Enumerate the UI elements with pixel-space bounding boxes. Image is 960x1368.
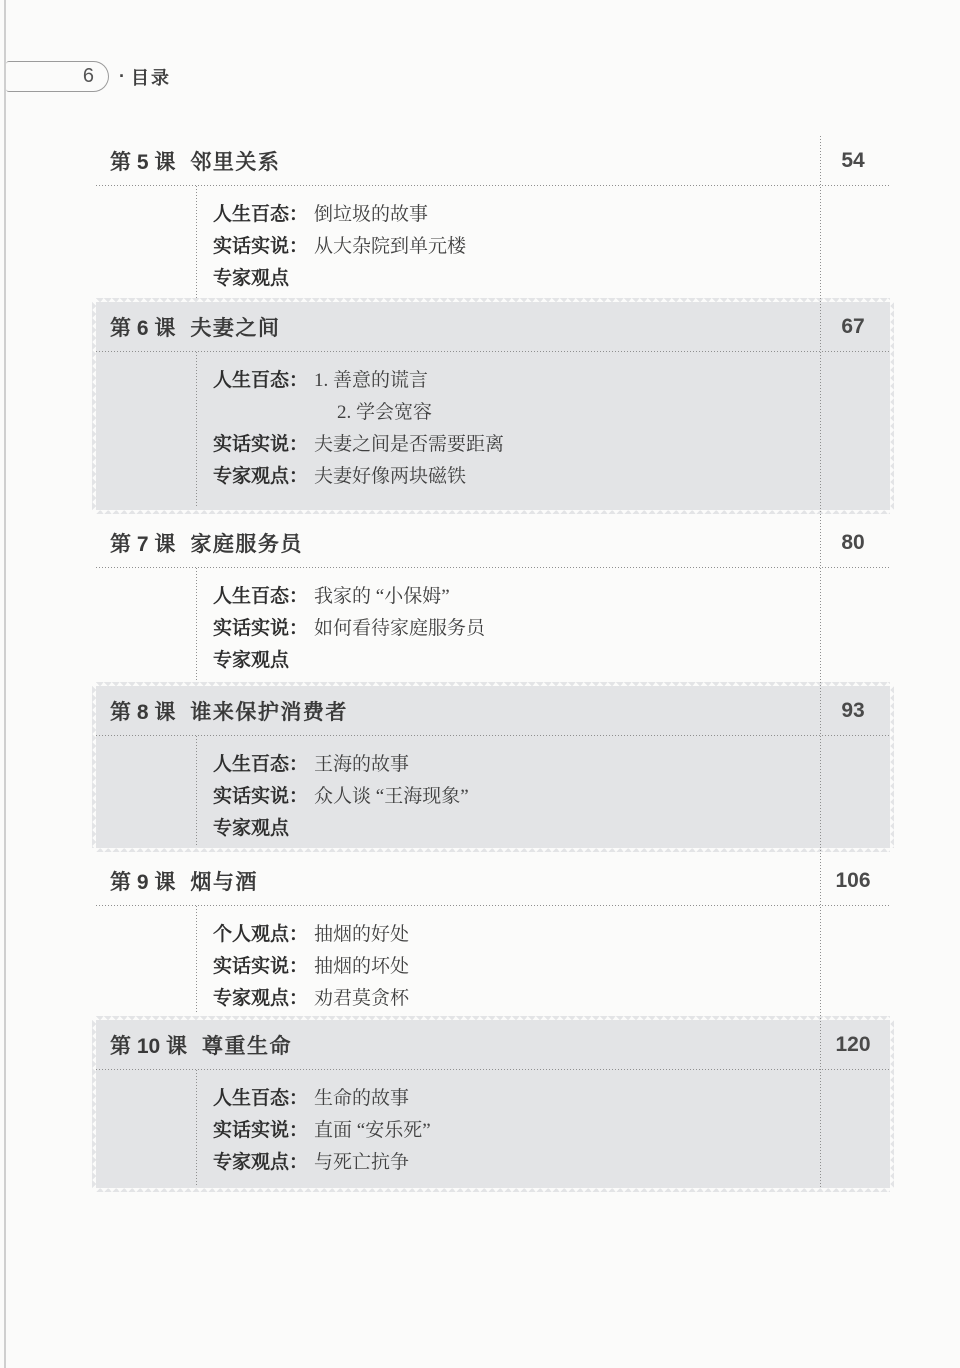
toc-item: 人生百态： 倒垃圾的故事 [213,199,890,231]
page-number-column-rule [820,136,821,1188]
toc-item: 专家观点： 劝君莫贪杯 [213,983,890,1015]
lesson-title-row: 第 9 课 烟与酒 106 [96,856,890,906]
toc-item-list: 个人观点： 抽烟的好处 实话实说： 抽烟的坏处 专家观点： 劝君莫贪杯 [197,906,890,1016]
toc-item: 专家观点 [213,263,890,295]
lesson-content: 人生百态： 生命的故事 实话实说： 直面 “安乐死” 专家观点： 与死亡抗争 [96,1070,890,1188]
toc-item-value: 与死亡抗争 [314,1147,409,1179]
toc-item: 人生百态： 王海的故事 [213,749,890,781]
toc-item-list: 人生百态： 1. 善意的谎言 2. 学会宽容 实话实说： 夫妻之间是否需要距离 … [197,352,890,510]
lesson-block-9: 第 9 课 烟与酒 106 个人观点： 抽烟的好处 实话实说： 抽烟的坏处 专家… [96,856,890,1016]
toc-item-value: 夫妻之间是否需要距离 [314,429,504,461]
toc-item-label: 实话实说： [213,613,308,645]
lesson-content: 人生百态： 王海的故事 实话实说： 众人谈 “王海现象” 专家观点 [96,736,890,848]
toc-item-value: 1. 善意的谎言 2. 学会宽容 [314,365,432,429]
content-indent-rule [96,352,197,510]
header-separator-dot: · [119,66,125,87]
lesson-page-number: 106 [820,856,886,906]
lesson-number: 第 5 课 [110,146,175,176]
toc-item: 专家观点： 与死亡抗争 [213,1147,890,1179]
lesson-title: 烟与酒 [190,866,258,896]
toc-item: 实话实说： 直面 “安乐死” [213,1115,890,1147]
stamp-edge-bottom [96,510,890,514]
toc-item-label: 专家观点： [213,983,308,1015]
stamp-edge-right [890,686,894,848]
stamp-edge-bottom [96,1188,890,1192]
lesson-block-8: 第 8 课 谁来保护消费者 93 人生百态： 王海的故事 实话实说： 众人谈 “… [96,686,890,848]
toc-item-label: 实话实说： [213,951,308,983]
content-indent-rule [96,1070,197,1188]
lesson-block-6: 第 6 课 夫妻之间 67 人生百态： 1. 善意的谎言 2. 学会宽容 实话实… [96,302,890,510]
lesson-title: 家庭服务员 [190,528,303,558]
toc-item: 专家观点： 夫妻好像两块磁铁 [213,461,890,493]
toc-item: 人生百态： 1. 善意的谎言 2. 学会宽容 [213,365,890,429]
lesson-title-row: 第 10 课 尊重生命 120 [96,1020,890,1070]
toc-item-label: 人生百态： [213,749,308,781]
toc-item: 个人观点： 抽烟的好处 [213,919,890,951]
lesson-page-number: 80 [820,518,886,568]
toc-item: 实话实说： 夫妻之间是否需要距离 [213,429,890,461]
toc-item-list: 人生百态： 生命的故事 实话实说： 直面 “安乐死” 专家观点： 与死亡抗争 [197,1070,890,1188]
toc-item: 专家观点 [213,813,890,845]
content-indent-rule [96,736,197,848]
lesson-content: 人生百态： 倒垃圾的故事 实话实说： 从大杂院到单元楼 专家观点 [96,186,890,302]
lesson-number: 第 7 课 [110,528,175,558]
lesson-title-row: 第 8 课 谁来保护消费者 93 [96,686,890,736]
page-binding-edge [4,0,6,1368]
toc-item-value: 如何看待家庭服务员 [314,613,485,645]
toc-item-label: 人生百态： [213,365,308,429]
toc-item: 实话实说： 众人谈 “王海现象” [213,781,890,813]
lesson-page-number: 67 [820,302,886,352]
toc-item-label: 实话实说： [213,231,308,263]
lesson-page-number: 93 [820,686,886,736]
toc-item-value: 直面 “安乐死” [314,1115,431,1147]
lesson-title: 邻里关系 [190,146,280,176]
content-indent-rule [96,906,197,1016]
toc-item-label: 实话实说： [213,781,308,813]
lesson-number: 第 6 课 [110,312,175,342]
toc-item: 实话实说： 从大杂院到单元楼 [213,231,890,263]
lesson-page-number: 120 [820,1020,886,1070]
stamp-edge-bottom [96,848,890,852]
toc-item-value: 生命的故事 [314,1083,409,1115]
toc-item-label: 人生百态： [213,581,308,613]
toc-item-label: 实话实说： [213,1115,308,1147]
toc-item-label: 人生百态： [213,1083,308,1115]
lesson-title-row: 第 7 课 家庭服务员 80 [96,518,890,568]
toc-item-label: 专家观点 [213,263,289,295]
toc-item-value: 抽烟的坏处 [314,951,409,983]
content-indent-rule [96,568,197,686]
lesson-block-7: 第 7 课 家庭服务员 80 人生百态： 我家的 “小保姆” 实话实说： 如何看… [96,518,890,686]
lesson-title: 夫妻之间 [190,312,280,342]
lesson-block-5: 第 5 课 邻里关系 54 人生百态： 倒垃圾的故事 实话实说： 从大杂院到单元… [96,136,890,302]
toc-item: 人生百态： 我家的 “小保姆” [213,581,890,613]
lesson-title-row: 第 6 课 夫妻之间 67 [96,302,890,352]
toc-item-label: 实话实说： [213,429,308,461]
toc-item-value: 倒垃圾的故事 [314,199,428,231]
toc-item: 专家观点 [213,645,890,677]
toc-item-list: 人生百态： 我家的 “小保姆” 实话实说： 如何看待家庭服务员 专家观点 [197,568,890,686]
toc-item-list: 人生百态： 王海的故事 实话实说： 众人谈 “王海现象” 专家观点 [197,736,890,848]
lesson-number: 第 8 课 [110,696,175,726]
lesson-content: 人生百态： 1. 善意的谎言 2. 学会宽容 实话实说： 夫妻之间是否需要距离 … [96,352,890,510]
lesson-content: 个人观点： 抽烟的好处 实话实说： 抽烟的坏处 专家观点： 劝君莫贪杯 [96,906,890,1016]
lesson-title-row: 第 5 课 邻里关系 54 [96,136,890,186]
stamp-edge-right [890,1020,894,1188]
toc-item-value: 众人谈 “王海现象” [314,781,469,813]
toc-item-value: 抽烟的好处 [314,919,409,951]
lesson-content: 人生百态： 我家的 “小保姆” 实话实说： 如何看待家庭服务员 专家观点 [96,568,890,686]
lesson-title: 谁来保护消费者 [190,696,348,726]
lesson-number: 第 10 课 [110,1030,187,1060]
lesson-page-number: 54 [820,136,886,186]
page-number-badge: 6 [6,61,109,92]
toc-item-value: 我家的 “小保姆” [314,581,450,613]
toc-item-list: 人生百态： 倒垃圾的故事 实话实说： 从大杂院到单元楼 专家观点 [197,186,890,302]
content-indent-rule [96,186,197,302]
toc-item-label: 个人观点： [213,919,308,951]
page-header: 6 · 目录 [6,61,171,92]
page-number: 6 [83,65,94,88]
toc-item: 实话实说： 抽烟的坏处 [213,951,890,983]
toc-item: 人生百态： 生命的故事 [213,1083,890,1115]
toc-item-label: 专家观点： [213,461,308,493]
toc-item-label: 人生百态： [213,199,308,231]
toc-item-label: 专家观点 [213,813,289,845]
toc-item: 实话实说： 如何看待家庭服务员 [213,613,890,645]
toc-item-value: 从大杂院到单元楼 [314,231,466,263]
toc-item-label: 专家观点： [213,1147,308,1179]
stamp-edge-right [890,302,894,510]
lesson-block-10: 第 10 课 尊重生命 120 人生百态： 生命的故事 实话实说： 直面 “安乐… [96,1020,890,1188]
lesson-number: 第 9 课 [110,866,175,896]
section-title: 目录 [131,64,171,90]
toc-item-label: 专家观点 [213,645,289,677]
toc-item-value: 劝君莫贪杯 [314,983,409,1015]
lesson-title: 尊重生命 [202,1030,292,1060]
toc-item-value: 夫妻好像两块磁铁 [314,461,466,493]
toc-item-value: 王海的故事 [314,749,409,781]
